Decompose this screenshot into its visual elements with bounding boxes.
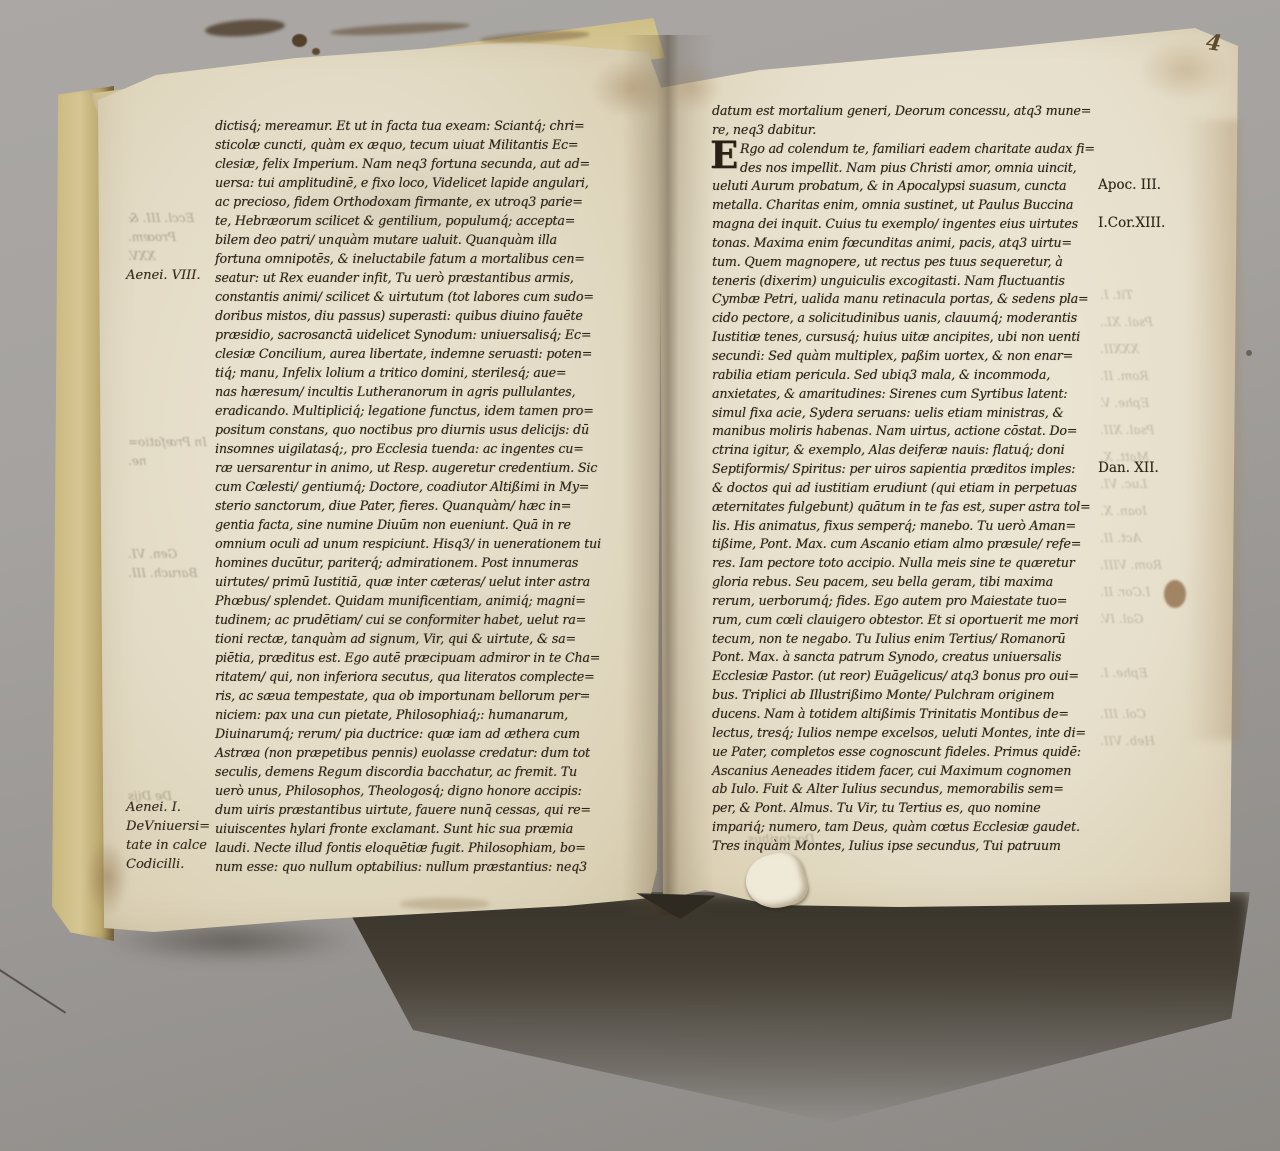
- drop-cap: E: [710, 136, 740, 176]
- text-line: & doctos qui ad iustitiam erudiunt (qui …: [712, 479, 1094, 498]
- book-gutter: [622, 35, 714, 915]
- text-line: rerum, uerborumq́; fides. Ego autem pro …: [712, 592, 1094, 611]
- text-line: uersa: tui amplitudinē, e fixo loco, Vid…: [215, 173, 597, 192]
- text-line: tecum, non te negabo. Tu Iulius enim Ter…: [712, 630, 1094, 649]
- text-line: dictisq́; mereamur. Et ut in facta tua e…: [215, 116, 597, 135]
- text-line: res. Iam pectore toto accipio. Nulla mei…: [712, 554, 1094, 573]
- text-line: clesiæ, felix Imperium. Nam neq3 fortuna…: [215, 154, 597, 173]
- text-line: tonas. Maxima enim fœcunditas animi, pac…: [712, 234, 1094, 253]
- text-line: Cymbæ Petri, ualida manu retinacula port…: [712, 290, 1094, 309]
- text-line: Pont. Max. à sancta patrum Synodo, creat…: [712, 648, 1094, 667]
- text-line: laudi. Necte illud fontis eloquētiæ fugi…: [215, 838, 597, 857]
- text-line: ueluti Aurum probatum, & in Apocalypsi s…: [712, 177, 1094, 196]
- showthrough-note: Doctoribus: [748, 832, 815, 846]
- text-line: ducens. Nam à totidem altißimis Trinitat…: [712, 705, 1094, 724]
- text-line: per, & Pont. Almus. Tu Vir, tu Tertius e…: [712, 799, 1094, 818]
- text-line: lis. His animatus, fixus semperq́; maneb…: [712, 517, 1094, 536]
- text-line: magna dei inquit. Cuius tu exemplo/ inge…: [712, 215, 1094, 234]
- text-line: te, Hebræorum scilicet & gentilium, popu…: [215, 211, 597, 230]
- text-line: Diuinarumq́; rerum/ pia ductrice: quæ ia…: [215, 724, 597, 743]
- text-line: æternitates fulgebunt) quātum in te fas …: [712, 498, 1094, 517]
- background-scratch: [0, 968, 66, 1013]
- text-line: præsidio, sacrosanctā uidelicet Synodum:…: [215, 325, 597, 344]
- text-line: Septiformis/ Spiritus: per uiros sapient…: [712, 460, 1094, 479]
- text-line: manibus moliris habenas. Nam uirtus, act…: [712, 422, 1094, 441]
- right-page-text: datum est mortalium generi, Deorum conce…: [712, 102, 1094, 856]
- stain: [330, 20, 470, 37]
- text-line: gentia facta, sine numine Diuūm non euen…: [215, 515, 597, 534]
- text-line: omnium oculi ad unum respiciunt. Hisq3/ …: [215, 534, 597, 553]
- text-line: niciem: pax una cun pietate, Philosophia…: [215, 705, 597, 724]
- text-line: simul fixa acie, Sydera seruans: uelis e…: [712, 404, 1094, 423]
- text-line: eradicando. Multipliciq́; legatione func…: [215, 401, 597, 420]
- foxing-spot: [312, 48, 320, 55]
- text-line: seatur: ut Rex euander infit, Tu uerò pr…: [215, 268, 597, 287]
- book-photograph: 4 dictisq́; mereamur. Et ut in facta tua…: [0, 0, 1280, 1151]
- text-line: uiuiscentes hylari fronte exclamant. Sun…: [215, 819, 597, 838]
- text-line: Ecclesiæ Pastor. (ut reor) Euāgelicus/ a…: [712, 667, 1094, 686]
- text-line: positum constans, quo noctibus pro diurn…: [215, 420, 597, 439]
- text-line: gloria rebus. Seu pacem, seu bella geram…: [712, 573, 1094, 592]
- text-line: insomnes uigilatasq́;, pro Ecclesia tuen…: [215, 439, 597, 458]
- foxing-spot: [292, 34, 307, 47]
- text-line: bilem deo patri/ unquàm mutare ualuit. Q…: [215, 230, 597, 249]
- text-line: num esse: quo nullum optabilius: nullum …: [215, 857, 597, 876]
- text-line: cum Cœlesti/ gentiumq́; Doctore, coadiut…: [215, 477, 597, 496]
- text-line: ab Iulo. Fuit & Alter Iulius secundus, m…: [712, 780, 1094, 799]
- text-line: tißime, Pont. Max. cum Ascanio etiam alm…: [712, 535, 1094, 554]
- text-line: dum uiris præstantibus uirtute, fauere n…: [215, 800, 597, 819]
- text-line: sterio sanctorum, diue Pater, fieres. Qu…: [215, 496, 597, 515]
- text-line: bus. Triplici ab Illustrißimo Monte/ Pul…: [712, 686, 1094, 705]
- text-line: seculis, demens Regum discordia bacchatu…: [215, 762, 597, 781]
- text-line: ac precioso, fidem Orthodoxam firmante, …: [215, 192, 597, 211]
- foxing-spot: [1246, 350, 1252, 356]
- text-line: uirtutes/ primū Iustitiā, quæ inter cæte…: [215, 572, 597, 591]
- text-line: rum, cum cœli clauigero obtestor. Et si …: [712, 611, 1094, 630]
- text-line: tioni rectæ, tanquàm ad signum, Vir, qui…: [215, 629, 597, 648]
- text-line: tiq́; manu, Infelix lolium a tritico dom…: [215, 363, 597, 382]
- text-line: doribus mistos, diu passus) superasti: q…: [215, 306, 597, 325]
- text-line: Rgo ad colendum te, familiari eadem char…: [712, 140, 1094, 159]
- text-line: tudinem; ac prudētiam/ cui se conformite…: [215, 610, 597, 629]
- text-line: teneris (dixerim) unguiculis excogitasti…: [712, 272, 1094, 291]
- text-line: sticolæ cuncti, quàm ex æquo, tecum uiua…: [215, 135, 597, 154]
- text-line: fortuna omnipotēs, & ineluctabile fatum …: [215, 249, 597, 268]
- text-line: ris, ac sæua tempestate, qua ob importun…: [215, 686, 597, 705]
- text-line: ue Pater, completos esse cognoscunt fide…: [712, 743, 1094, 762]
- text-line: homines ducūtur, pariterq́; admirationem…: [215, 553, 597, 572]
- text-line: rabilia etiam pericula. Sed ubiq3 mala, …: [712, 366, 1094, 385]
- text-line: tum. Quem magnopere, ut rectus pes tuus …: [712, 253, 1094, 272]
- text-line: Phœbus/ splendet. Quidam munificentiam, …: [215, 591, 597, 610]
- left-page-text: dictisq́; mereamur. Et ut in facta tua e…: [215, 116, 597, 876]
- text-line: constantis animi/ scilicet & uirtutum (t…: [215, 287, 597, 306]
- text-line: des nos impellit. Nam pius Christi amor,…: [712, 159, 1094, 178]
- text-line: nas hæresum/ incultis Lutheranorum in ag…: [215, 382, 597, 401]
- text-line: re, neq3 dabitur.: [712, 121, 1094, 140]
- text-line: lectus, tresq́; Iulios nempe excelsos, u…: [712, 724, 1094, 743]
- text-line: Ascanius Aeneades itidem facer, cui Maxi…: [712, 762, 1094, 781]
- text-line: anxietates, & amaritudines: Sirenes cum …: [712, 385, 1094, 404]
- text-line: Iustitiæ tenes, cursusq́; huius uitæ anc…: [712, 328, 1094, 347]
- text-line: cido pectore, a solicitudinibus uanis, c…: [712, 309, 1094, 328]
- text-line: ctrina igitur, & exemplo, Alas deiferæ n…: [712, 441, 1094, 460]
- text-line: ritatem/ qui, non inferiora secutus, qua…: [215, 667, 597, 686]
- book-shadow: [320, 892, 1250, 1122]
- text-line: uerò unus, Philosophos, Theologosq́; dig…: [215, 781, 597, 800]
- text-line: metalla. Charitas enim, omnia sustinet, …: [712, 196, 1094, 215]
- text-line: datum est mortalium generi, Deorum conce…: [712, 102, 1094, 121]
- text-line: secundi: Sed quàm multiplex, paßim uorte…: [712, 347, 1094, 366]
- text-line: clesiæ Concilium, aurea libertate, indem…: [215, 344, 597, 363]
- stain: [205, 17, 286, 39]
- text-line: piētia, præditus est. Ego autē præcipuam…: [215, 648, 597, 667]
- text-line: ræ uersarentur in animo, ut Resp. augere…: [215, 458, 597, 477]
- text-line: Astræa (non præpetibus pennis) euolasse …: [215, 743, 597, 762]
